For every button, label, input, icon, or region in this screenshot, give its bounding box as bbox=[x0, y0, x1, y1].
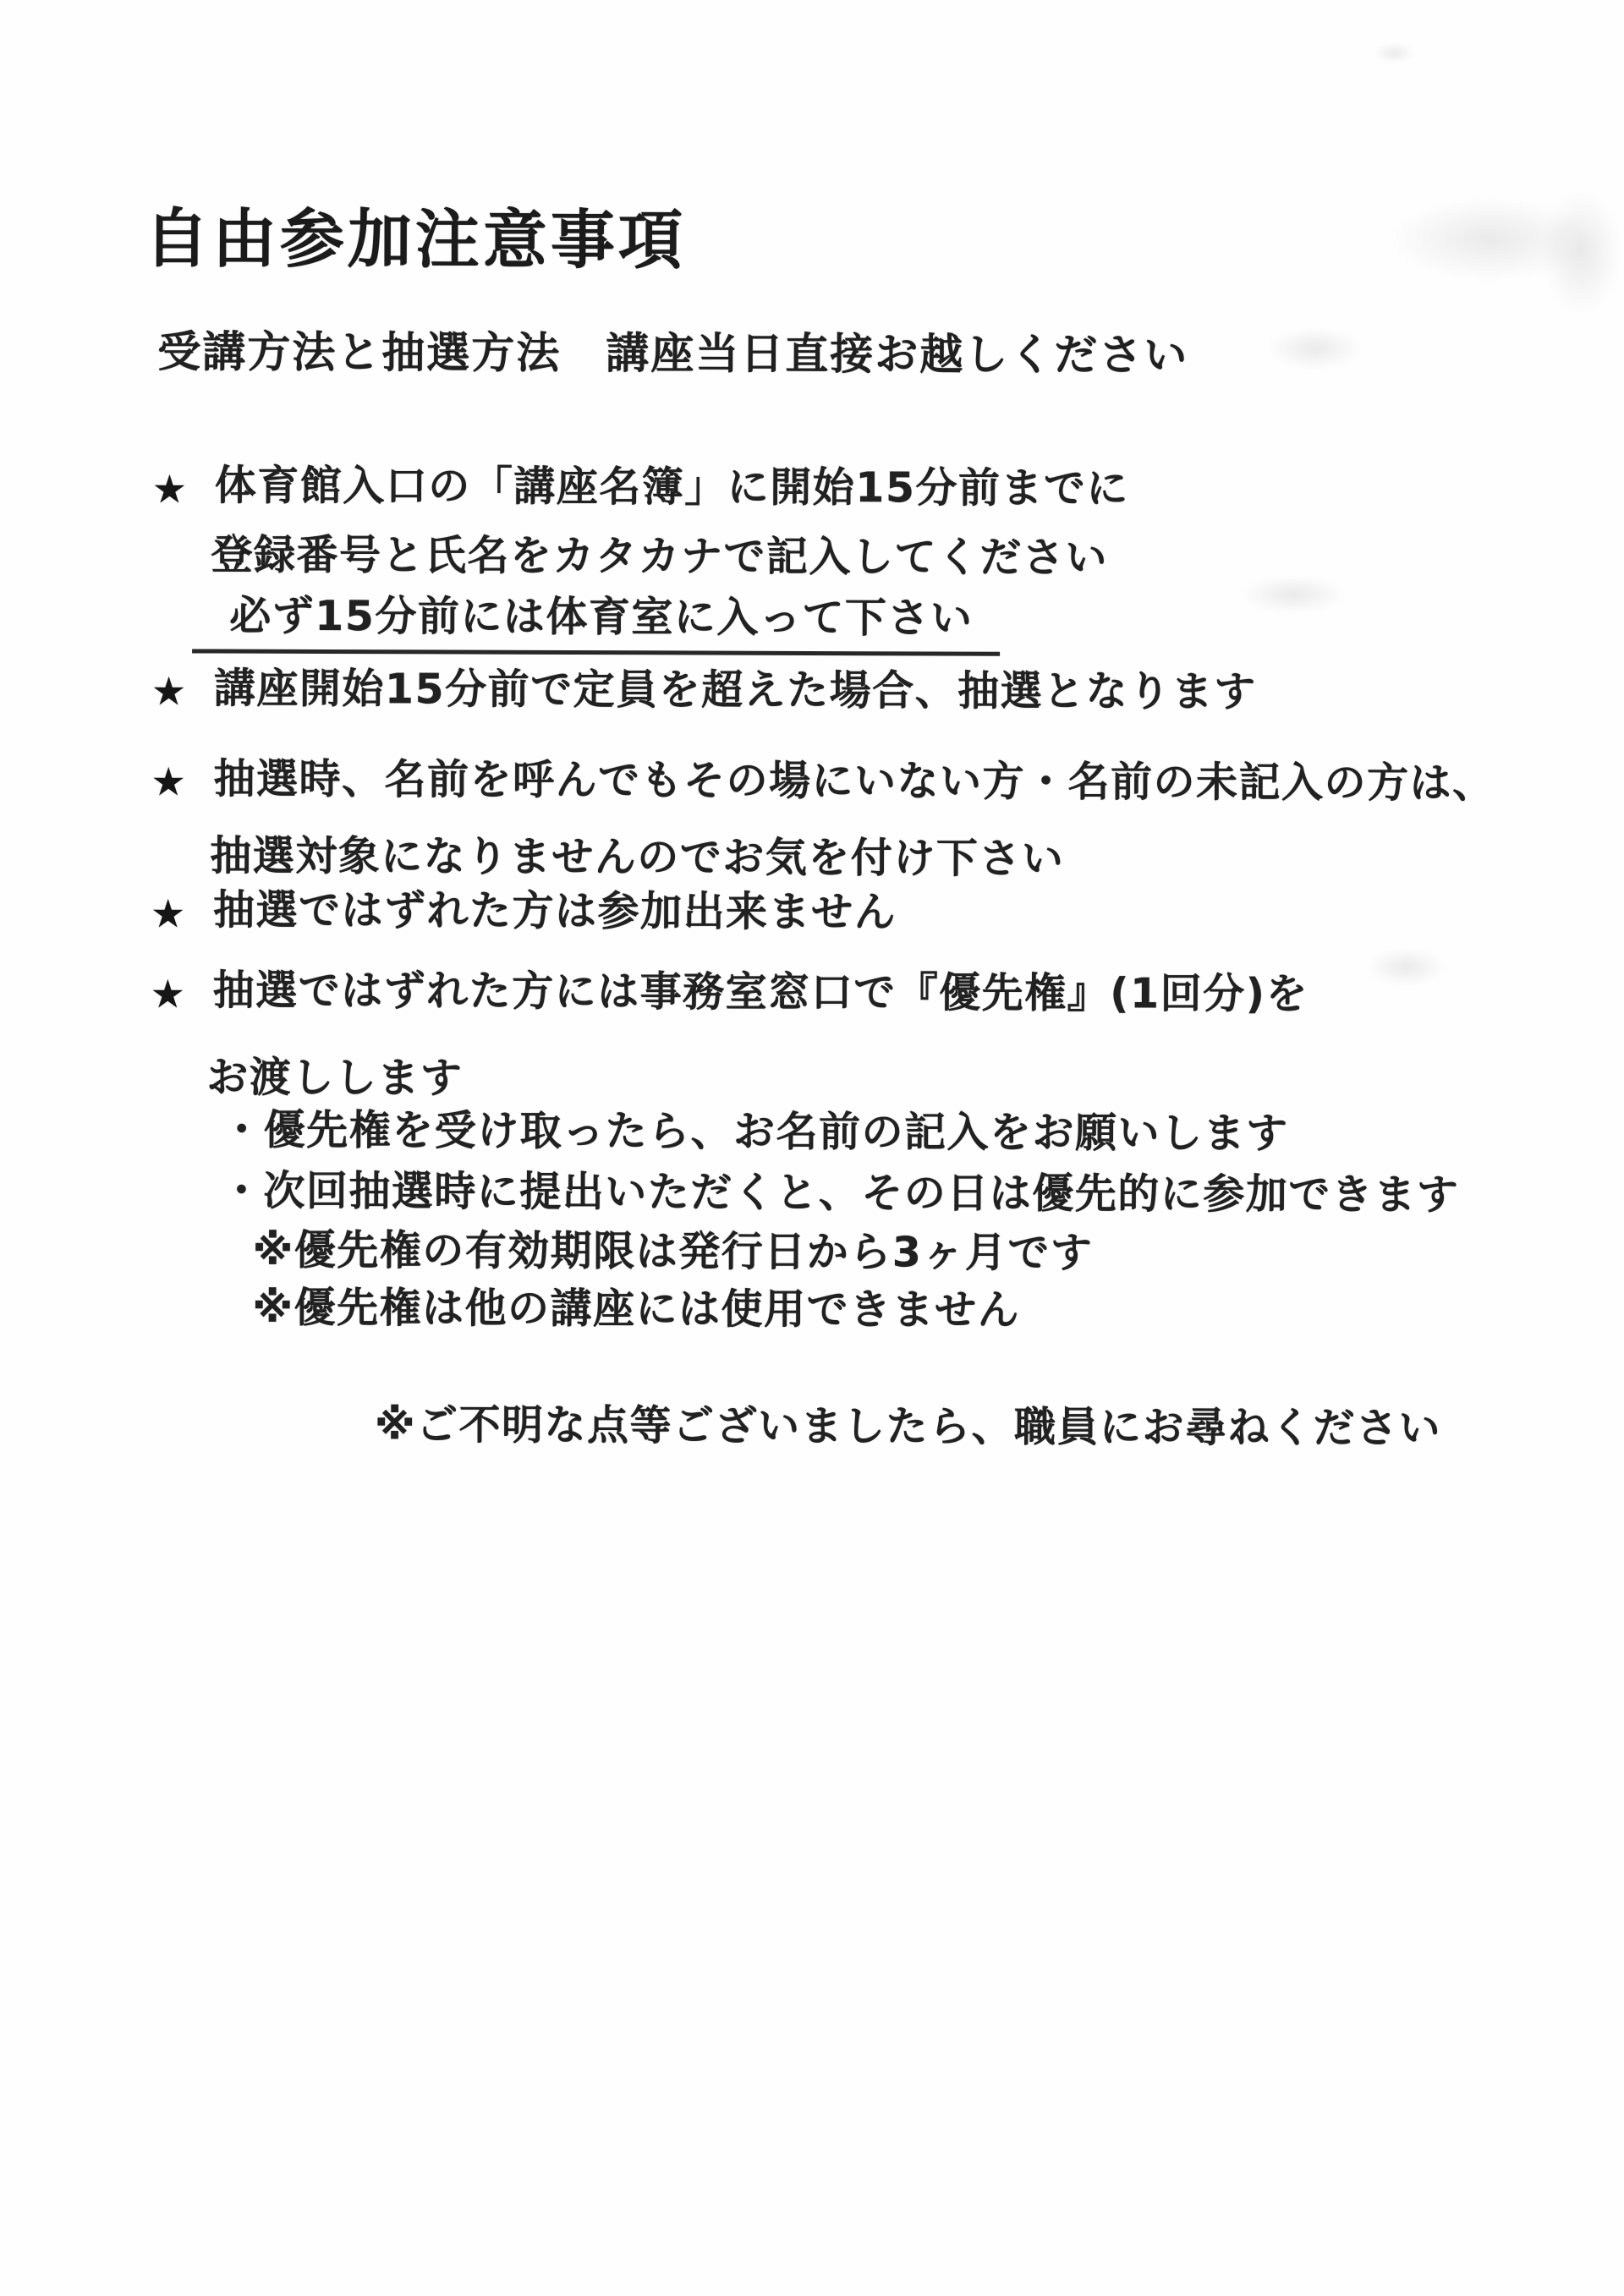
scan-artifact bbox=[1240, 575, 1346, 614]
star-bullet-icon: ★ bbox=[151, 670, 186, 712]
bullet-absent-unwritten: 抽選時、名前を呼んでもその場にいない方・名前の未記入の方は、 bbox=[213, 755, 1495, 808]
star-bullet-icon: ★ bbox=[151, 892, 185, 934]
document-content: 自由参加注意事項 受講方法と抽選方法 講座当日直接お越しください ★ 体育館入口… bbox=[0, 0, 1624, 2296]
subline-validity-3months: ※優先権の有効期限は発行日から3ヶ月です bbox=[253, 1226, 1094, 1278]
subline-registration-number: 登録番号と氏名をカタカナで記入してください bbox=[211, 531, 1108, 584]
bullet-lost-cannot-join: 抽選ではずれた方は参加出来ません bbox=[213, 886, 897, 938]
star-bullet-icon: ★ bbox=[152, 468, 187, 510]
method-heading: 受講方法と抽選方法 講座当日直接お越しください bbox=[157, 327, 1188, 381]
subline-not-eligible-note: 抽選対象になりませんのでお気を付け下さい bbox=[210, 832, 1064, 885]
star-bullet-icon: ★ bbox=[151, 760, 185, 803]
bullet-capacity-lottery: 講座開始15分前で定員を超えた場合、抽選となります bbox=[214, 665, 1257, 717]
subline-next-lottery-priority: ・次回抽選時に提出いただくと、その日は優先的に参加できます bbox=[221, 1167, 1460, 1220]
scan-artifact bbox=[1541, 189, 1622, 315]
scan-artifact bbox=[1374, 42, 1416, 63]
bullet-priority-ticket: 抽選ではずれた方には事務室窓口で『優先権』(1回分)を bbox=[213, 967, 1309, 1020]
subline-write-name: ・優先権を受け取ったら、お名前の記入をお願いします bbox=[221, 1106, 1289, 1159]
scan-artifact bbox=[1266, 327, 1363, 370]
scanned-notice-page: 自由参加注意事項 受講方法と抽選方法 講座当日直接お越しください ★ 体育館入口… bbox=[0, 0, 1624, 2296]
scan-artifact bbox=[1366, 947, 1446, 986]
bullet-gym-entrance-roster: 体育館入口の「講座名簿」に開始15分前までに bbox=[215, 462, 1129, 514]
page-title: 自由参加注意事項 bbox=[145, 202, 686, 277]
subline-enter-15min-underlined: 必ず15分前には体育室に入って下さい bbox=[192, 591, 1000, 655]
star-bullet-icon: ★ bbox=[151, 973, 185, 1015]
subline-other-courses: ※優先権は他の講座には使用できません bbox=[252, 1284, 1020, 1335]
subline-handout: お渡しします bbox=[206, 1054, 463, 1104]
footer-note: ※ご不明な点等ございましたら、職員にお尋ねください bbox=[375, 1400, 1441, 1453]
